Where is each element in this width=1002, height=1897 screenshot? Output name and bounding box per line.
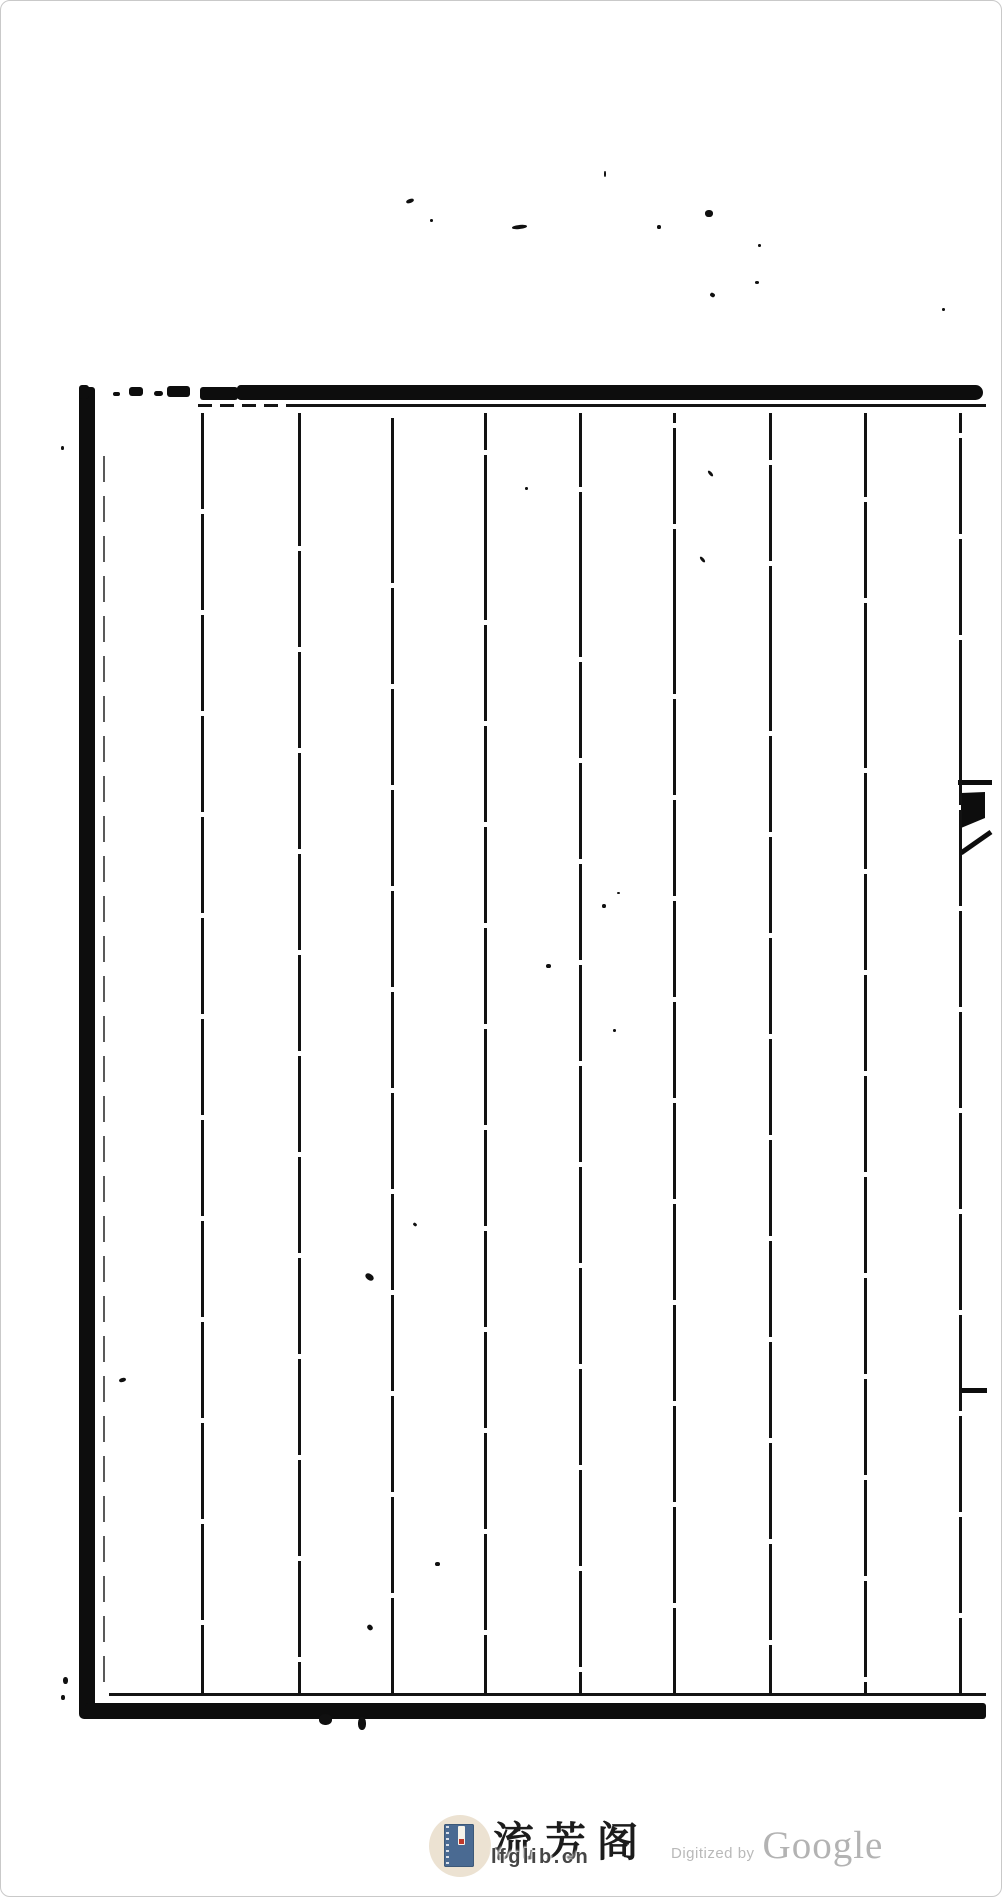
ink-speck (525, 487, 528, 490)
border-fragment (200, 387, 238, 400)
ink-speck (413, 1222, 418, 1227)
ink-speck (758, 244, 761, 247)
border-fragment (113, 392, 120, 396)
lfglib-watermark: 流芳阁 lfglib.cn (429, 1813, 709, 1883)
scanned-book-page: 流芳阁 lfglib.cn Digitized by Google (0, 0, 1002, 1897)
ink-speck (319, 1714, 332, 1725)
ink-speck (707, 470, 714, 477)
border-fragment (129, 387, 143, 396)
book-binding-stitches (446, 1826, 449, 1865)
fishtail-mark (957, 777, 1002, 861)
ink-speck (364, 1272, 375, 1282)
column-line (579, 413, 582, 1694)
book-icon (444, 1824, 474, 1867)
ink-speck (512, 224, 527, 230)
ink-speck (604, 171, 606, 177)
ink-speck (61, 1695, 65, 1700)
column-line (298, 413, 301, 1694)
column-line (673, 413, 676, 1694)
ink-speck (705, 210, 713, 217)
site-domain: lfglib.cn (491, 1846, 590, 1869)
border-fragment (154, 391, 163, 396)
ink-speck (435, 1562, 440, 1566)
ink-speck (358, 1717, 366, 1730)
ink-speck (61, 446, 64, 450)
column-line (769, 413, 772, 1694)
frame-bottom-border (85, 1703, 986, 1719)
column-line (959, 413, 962, 1694)
ink-speck (119, 1377, 127, 1383)
red-seal-icon (459, 1839, 464, 1844)
border-fragment (167, 386, 190, 397)
faint-column-line (103, 456, 105, 1694)
frame-bottom-rule (109, 1693, 986, 1696)
ink-speck (699, 556, 706, 563)
tick-mark (959, 1388, 987, 1393)
page-frame (1, 1, 1001, 1896)
google-credit: Digitized by Google (671, 1823, 883, 1868)
frame-left-border (79, 387, 95, 1719)
ink-speck (430, 219, 433, 222)
frame-top-rule (286, 404, 986, 407)
ink-speck (63, 1677, 68, 1684)
column-line (864, 413, 867, 1694)
digitized-by-text: Digitized by (671, 1845, 755, 1862)
border-fragment (79, 385, 89, 399)
ink-speck (602, 904, 606, 908)
frame-top-border (237, 385, 983, 400)
ink-speck (942, 308, 945, 311)
column-line (484, 413, 487, 1694)
ink-speck (709, 292, 715, 298)
google-logo: Google (763, 1823, 884, 1868)
frame-top-rule-dashed (198, 404, 286, 407)
ink-speck (366, 1624, 374, 1632)
lfglib-logo (429, 1815, 491, 1877)
ink-speck (755, 281, 759, 284)
book-title-label (458, 1826, 465, 1845)
column-line (391, 413, 394, 1694)
ink-speck (613, 1029, 616, 1032)
ink-speck (617, 892, 620, 894)
column-line (201, 413, 204, 1694)
ink-speck (657, 225, 661, 229)
ink-speck (406, 198, 415, 204)
ink-speck (546, 964, 551, 968)
